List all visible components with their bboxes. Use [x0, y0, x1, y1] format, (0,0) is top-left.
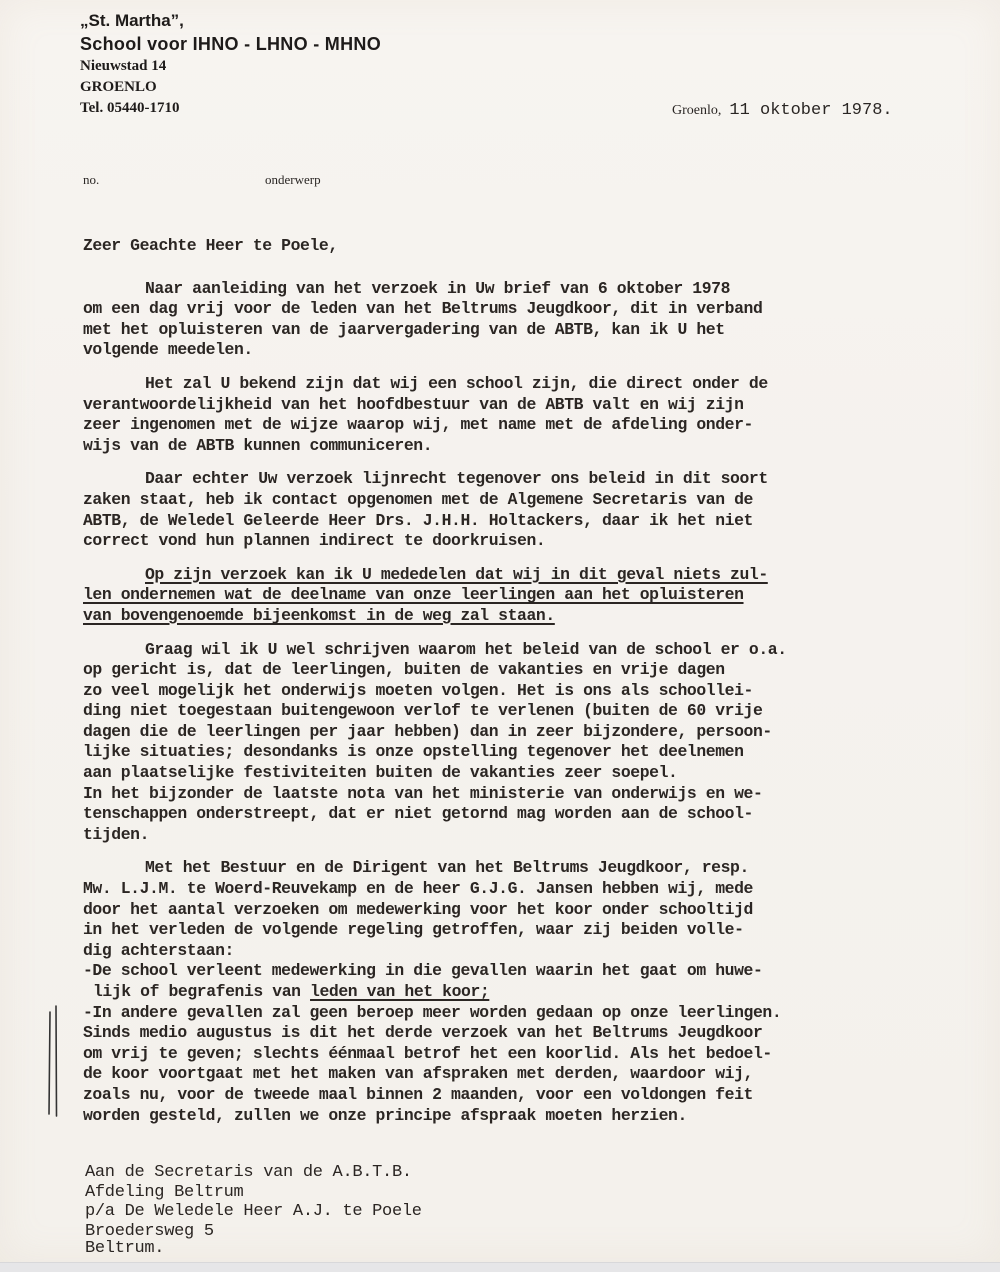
addressee-block: Aan de Secretaris van de A.B.T.B. Afdeli…: [85, 1163, 422, 1256]
paragraph-3: Daar echter Uw verzoek lijnrecht tegenov…: [83, 469, 983, 551]
text-line: de koor voortgaat met het maken van afsp…: [83, 1064, 983, 1085]
school-street: Nieuwstad 14: [80, 56, 381, 77]
paragraph-5: Graag wil ik U wel schrijven waarom het …: [83, 640, 983, 846]
paragraph-2: Het zal U bekend zijn dat wij een school…: [83, 374, 983, 456]
text-line: met het opluisteren van de jaarvergaderi…: [83, 320, 983, 341]
text-line: tenschappen onderstreept, dat er niet ge…: [83, 804, 983, 825]
text-line: zaken staat, heb ik contact opgenomen me…: [83, 490, 983, 511]
reference-subject-label: onderwerp: [265, 172, 321, 188]
text-line: verantwoordelijkheid van het hoofdbestuu…: [83, 395, 983, 416]
letterhead: „St. Martha”, School voor IHNO - LHNO - …: [80, 8, 381, 119]
text-line: lijke situaties; desondanks is onze opst…: [83, 742, 983, 763]
text-line: Sinds medio augustus is dit het derde ve…: [83, 1023, 983, 1044]
text-line: zeer ingenomen met de wijze waarop wij, …: [83, 415, 983, 436]
letter-date: 11 oktober 1978.: [729, 101, 892, 120]
text-line: In het bijzonder de laatste nota van het…: [83, 784, 983, 805]
page-bottom-edge: [0, 1262, 1000, 1272]
text-line: Met het Bestuur en de Dirigent van het B…: [83, 858, 983, 879]
paragraph-1: Naar aanleiding van het verzoek in Uw br…: [83, 279, 983, 361]
text-line: volgende meedelen.: [83, 340, 983, 361]
addressee-line: p/a De Weledele Heer A.J. te Poele: [85, 1202, 422, 1222]
text-line: Mw. L.J.M. te Woerd-Reuvekamp en de heer…: [83, 879, 983, 900]
text-line: worden gesteld, zullen we onze principe …: [83, 1106, 983, 1127]
letter-body: Zeer Geachte Heer te Poele, Naar aanleid…: [83, 236, 983, 1126]
text-line: zoals nu, voor de tweede maal binnen 2 m…: [83, 1085, 983, 1106]
text-line: in het verleden de volgende regeling get…: [83, 920, 983, 941]
salutation: Zeer Geachte Heer te Poele,: [83, 236, 983, 257]
paragraph-4-underlined: Op zijn verzoek kan ik U mededelen dat w…: [83, 565, 983, 627]
dateline: Groenlo, 11 oktober 1978.: [672, 101, 893, 120]
text-line: -De school verleent medewerking in die g…: [83, 961, 983, 982]
underlined-text-line: van bovengenoemde bijeenkomst in de weg …: [83, 606, 555, 625]
text-line: aan plaatselijke festiviteiten buiten de…: [83, 763, 983, 784]
school-name: „St. Martha”,: [80, 10, 381, 32]
text-line: dagen die de leerlingen per jaar hebben)…: [83, 722, 983, 743]
text-line: dig achterstaan:: [83, 941, 983, 962]
underlined-fragment: leden van het koor;: [310, 982, 489, 1001]
text-line: Naar aanleiding van het verzoek in Uw br…: [83, 279, 983, 300]
addressee-line: Beltrum.: [85, 1241, 422, 1256]
text-line: ding niet toegestaan buitengewoon verlof…: [83, 701, 983, 722]
paragraph-6: Met het Bestuur en de Dirigent van het B…: [83, 858, 983, 1126]
underlined-text-line: Op zijn verzoek kan ik U mededelen dat w…: [145, 565, 768, 584]
text-line: op gericht is, dat de leerlingen, buiten…: [83, 660, 983, 681]
addressee-line: Afdeling Beltrum: [85, 1183, 422, 1203]
text-line: wijs van de ABTB kunnen communiceren.: [83, 436, 983, 457]
school-type: School voor IHNO - LHNO - MHNO: [80, 32, 381, 56]
letter-page: „St. Martha”, School voor IHNO - LHNO - …: [0, 0, 1000, 1262]
margin-double-line-mark: [47, 1004, 61, 1118]
text-line: -In andere gevallen zal geen beroep meer…: [83, 1003, 983, 1024]
text-line-with-underline: lijk of begrafenis van leden van het koo…: [83, 982, 983, 1003]
text-line: om vrij te geven; slechts éénmaal betrof…: [83, 1044, 983, 1065]
text-line: ABTB, de Weledel Geleerde Heer Drs. J.H.…: [83, 511, 983, 532]
text-line: om een dag vrij voor de leden van het Be…: [83, 299, 983, 320]
school-phone: Tel. 05440-1710: [80, 98, 381, 119]
text-line: tijden.: [83, 825, 983, 846]
text-line: Graag wil ik U wel schrijven waarom het …: [83, 640, 983, 661]
underlined-text-line: len ondernemen wat de deelname van onze …: [83, 585, 744, 604]
text-line: Daar echter Uw verzoek lijnrecht tegenov…: [83, 469, 983, 490]
text-line: zo veel mogelijk het onderwijs moeten vo…: [83, 681, 983, 702]
date-place: Groenlo,: [672, 103, 721, 118]
text-line: correct vond hun plannen indirect te doo…: [83, 531, 983, 552]
text-line: Het zal U bekend zijn dat wij een school…: [83, 374, 983, 395]
text-line: door het aantal verzoeken om medewerking…: [83, 900, 983, 921]
school-city: GROENLO: [80, 77, 381, 98]
addressee-line: Aan de Secretaris van de A.B.T.B.: [85, 1163, 422, 1183]
reference-number-label: no.: [83, 172, 99, 188]
text-fragment: lijk of begrafenis van: [93, 982, 310, 1001]
